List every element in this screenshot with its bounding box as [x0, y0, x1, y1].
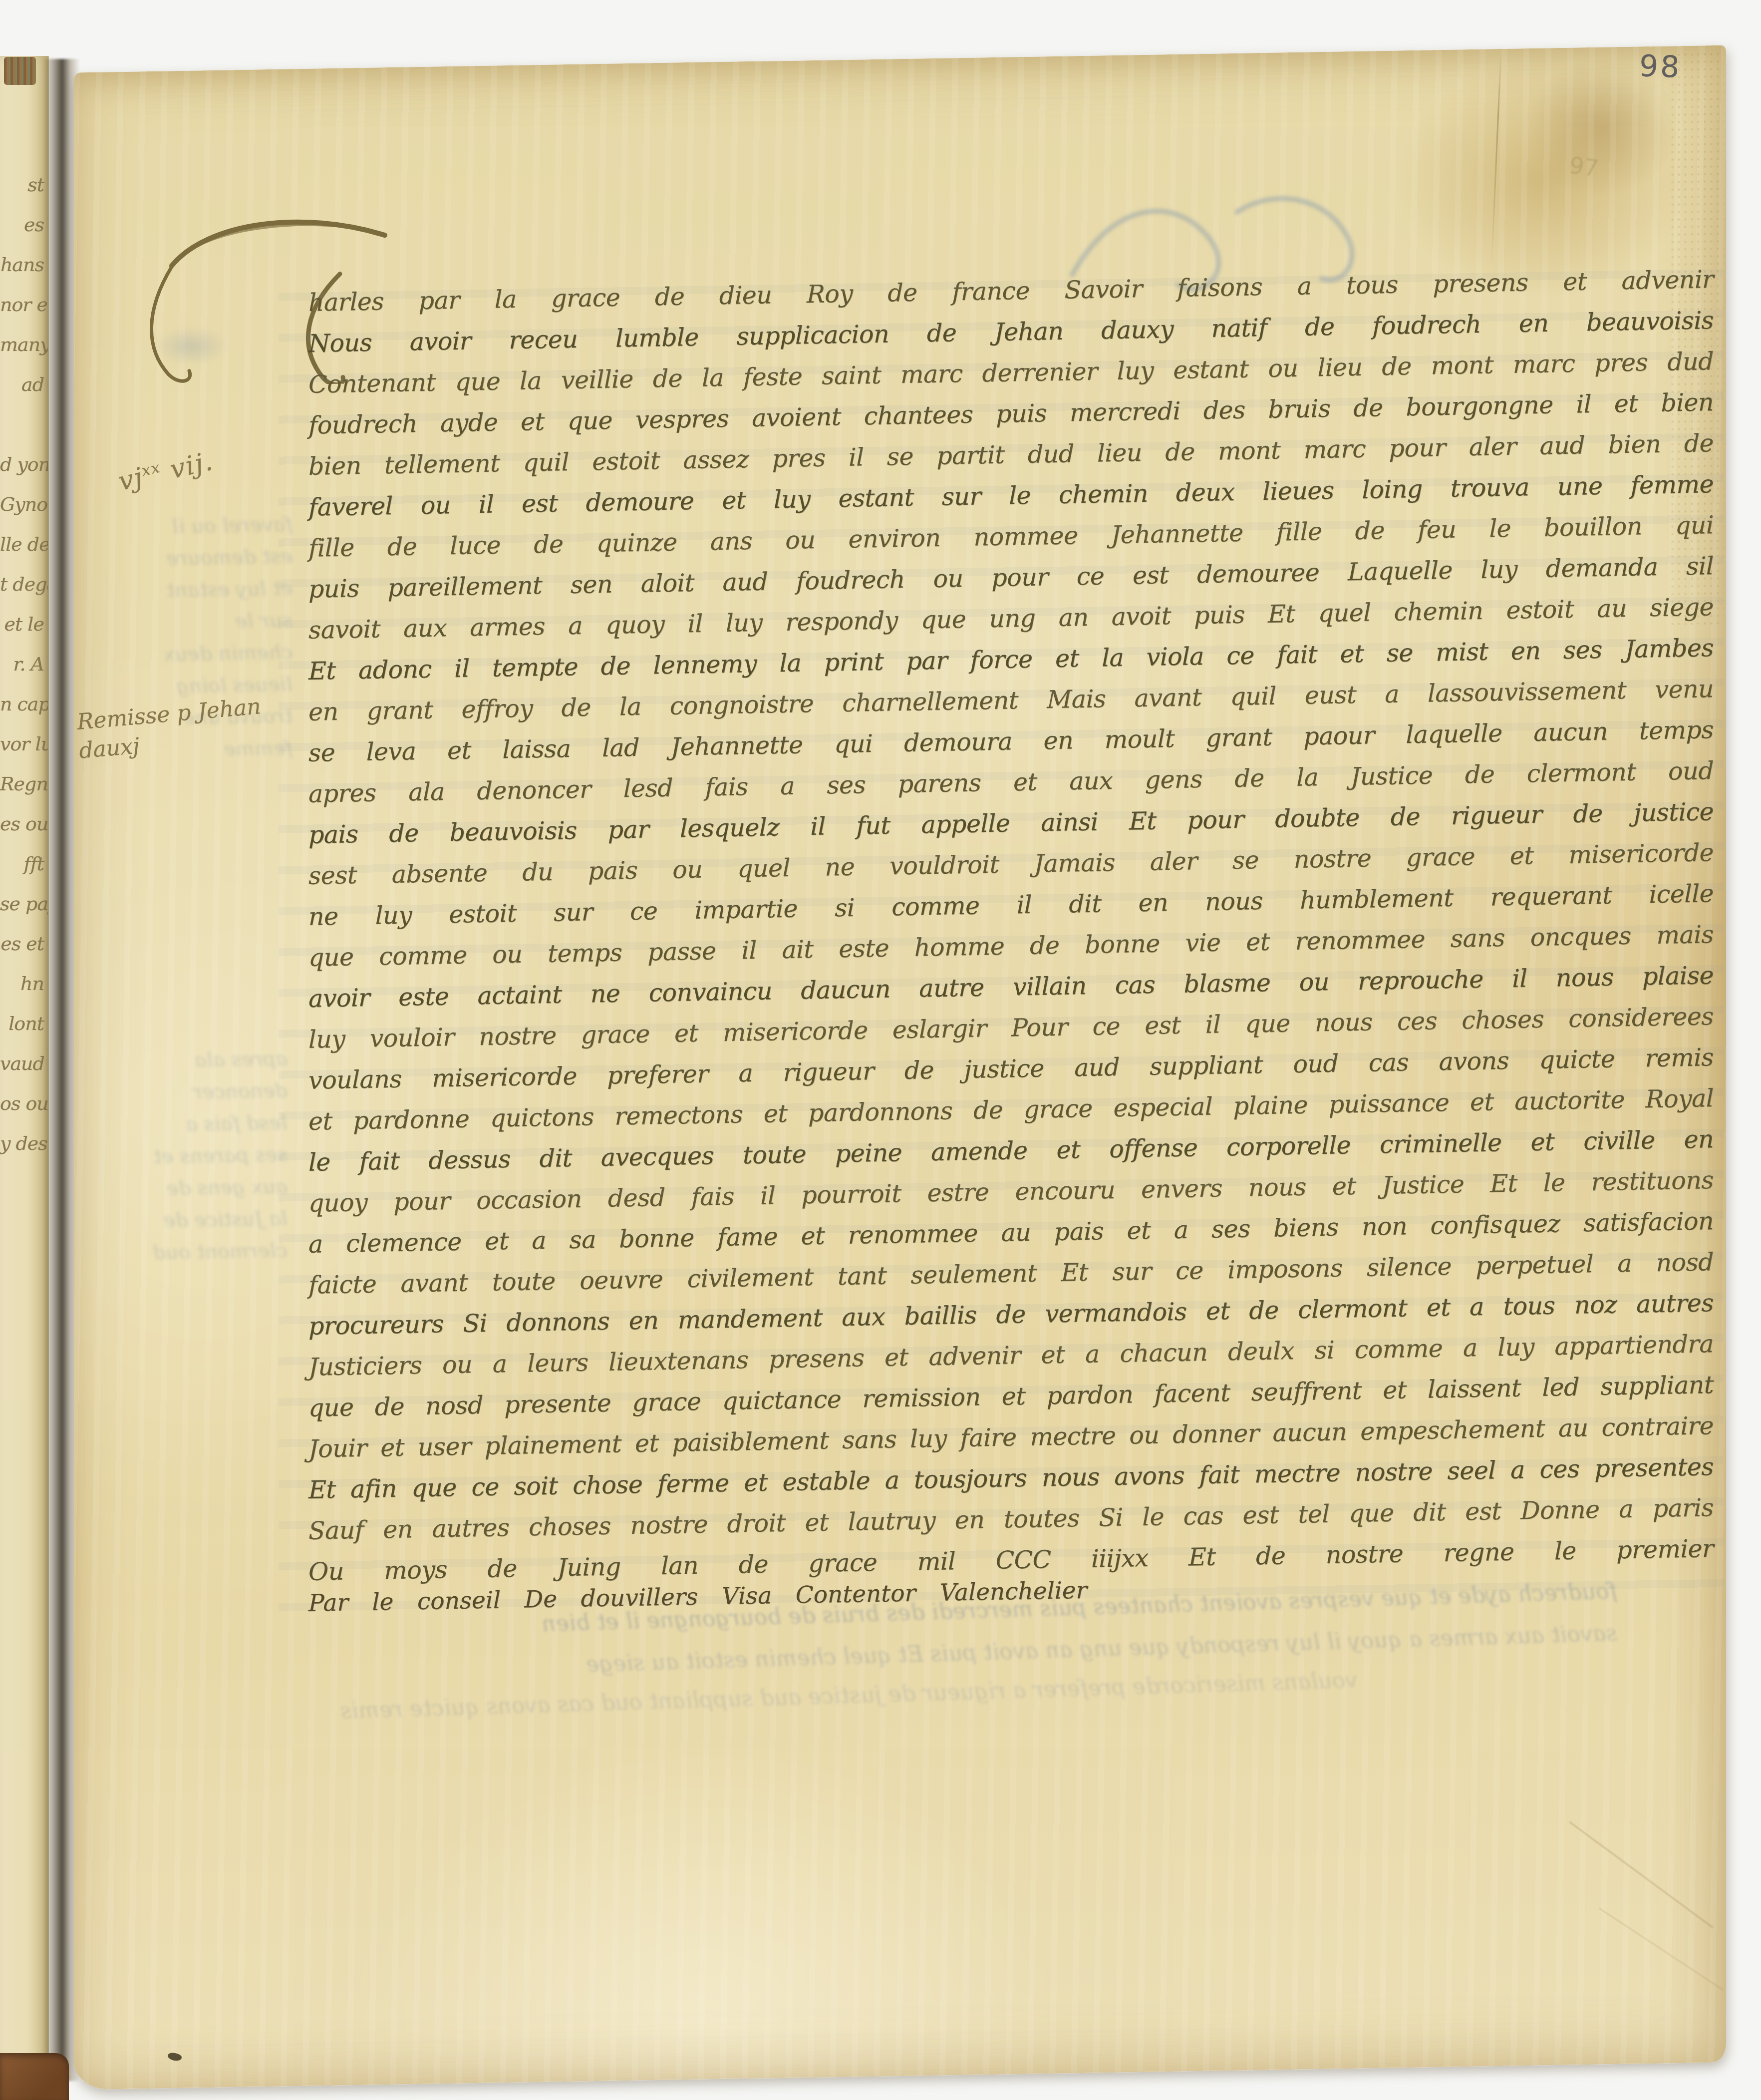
text-fragment: et le	[0, 604, 44, 644]
parchment-crease	[1599, 1908, 1724, 1990]
text-fragment: se pay	[0, 884, 44, 924]
previous-folio-text-fragments: steshansnor etmanyadd yonGyno.lle det de…	[0, 165, 44, 1243]
parchment-crease	[1569, 1821, 1713, 1928]
text-fragment: hans	[0, 245, 44, 285]
text-fragment	[0, 1203, 44, 1243]
text-fragment: y des	[0, 1123, 44, 1163]
text-fragment: many	[0, 325, 44, 364]
text-fragment: fft	[0, 844, 44, 884]
manuscript-scan: { "folio_number": "98", "faded_number": …	[0, 0, 1761, 2100]
binding-edge-top	[4, 57, 36, 85]
text-fragment: Regnes	[0, 764, 44, 804]
text-fragment: vor luy	[0, 724, 44, 764]
text-fragment: lle de	[0, 524, 44, 564]
text-fragment: d yon	[0, 444, 44, 484]
text-fragment: os ou	[0, 1083, 44, 1123]
text-fragment: r. A	[0, 644, 44, 684]
text-fragment	[0, 404, 44, 444]
text-fragment: vaud stz	[0, 1044, 44, 1083]
folio-number: 98	[1638, 48, 1682, 85]
text-fragment: n cape	[0, 684, 44, 724]
charter-text-block: harles par la grace de dieu Roy de franc…	[308, 259, 1714, 1593]
margin-act-number: vjxx vij.	[116, 446, 216, 497]
binding-leather-bottom	[0, 2053, 69, 2100]
text-fragment: Gyno.	[0, 484, 44, 524]
verso-bleedthrough-column: apres ala denoncer lesd fais a ses paren…	[153, 1043, 288, 1364]
erased-folio-number: 97	[1567, 151, 1600, 182]
previous-folio-edge: steshansnor etmanyadd yonGyno.lle det de…	[0, 56, 49, 2079]
text-fragment: es et	[0, 924, 44, 964]
text-fragment: nor et	[0, 285, 44, 325]
text-fragment: es	[0, 205, 44, 245]
parchment-crease	[1491, 53, 1502, 268]
text-fragment: ad	[0, 364, 44, 404]
text-fragment	[0, 1163, 44, 1203]
text-fragment: hn	[0, 964, 44, 1004]
text-fragment: es ou	[0, 804, 44, 844]
text-fragment: st	[0, 165, 44, 205]
text-fragment: t degar	[0, 564, 44, 604]
parchment-page: 98 97 faverel ou il est demoure et luy e…	[74, 45, 1726, 2090]
text-fragment: lont	[0, 1004, 44, 1044]
